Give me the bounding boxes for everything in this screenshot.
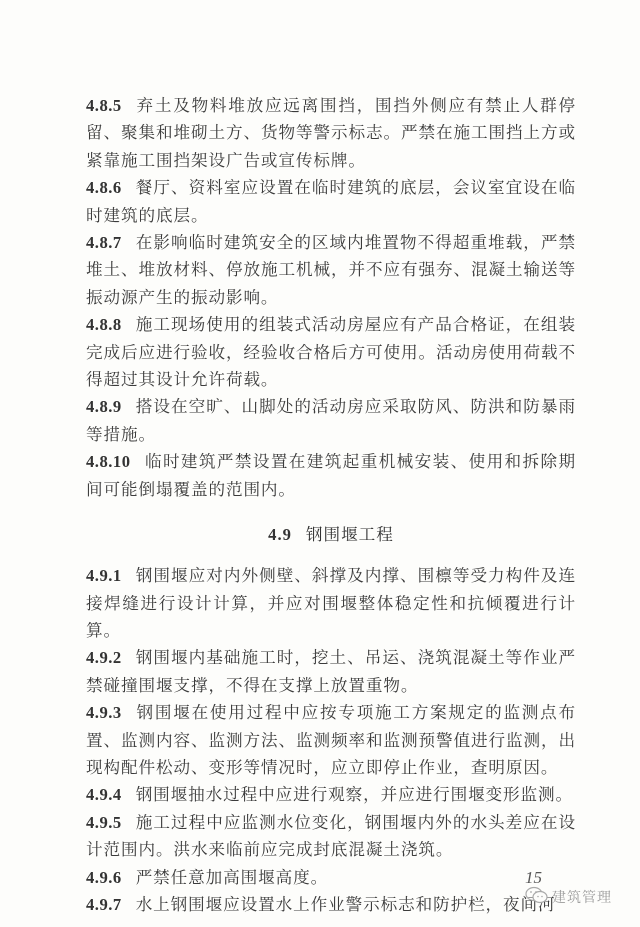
- clause-text: 钢围堰内基础施工时，挖土、吊运、浇筑混凝土等作业严禁碰撞围堰支撑，不得在支撑上放…: [86, 648, 576, 694]
- clause-number: 4.8.7: [86, 233, 122, 252]
- clause-text: 严禁任意加高围堰高度。: [136, 868, 328, 887]
- clause-number: 4.9.6: [86, 868, 122, 887]
- clause-4-9-2: 4.9.2钢围堰内基础施工时，挖土、吊运、浇筑混凝土等作业严禁碰撞围堰支撑，不得…: [86, 644, 576, 699]
- clause-4-8-9: 4.8.9搭设在空旷、山脚处的活动房应采取防风、防洪和防暴雨等措施。: [86, 393, 576, 448]
- clause-text: 钢围堰应对内外侧壁、斜撑及内撑、围檩等受力构件及连接焊缝进行设计计算，并应对围堰…: [86, 566, 576, 640]
- clause-text: 临时建筑严禁设置在建筑起重机械安装、使用和拆除期间可能倒塌覆盖的范围内。: [86, 452, 576, 498]
- clause-4-9-3: 4.9.3钢围堰在使用过程中应按专项施工方案规定的监测点布置、监测内容、监测方法…: [86, 699, 576, 781]
- clause-number: 4.8.9: [86, 397, 122, 416]
- clause-text: 钢围堰抽水过程中应进行观察，并应进行围堰变形监测。: [136, 785, 573, 804]
- clause-text: 施工现场使用的组装式活动房屋应有产品合格证，在组装完成后应进行验收，经验收合格后…: [86, 315, 576, 389]
- clause-text: 水上钢围堰应设置水上作业警示标志和防护栏，夜间河: [136, 895, 556, 914]
- clause-4-9-6: 4.9.6严禁任意加高围堰高度。: [86, 864, 576, 891]
- clause-4-9-7: 4.9.7水上钢围堰应设置水上作业警示标志和防护栏，夜间河: [86, 891, 576, 918]
- clause-number: 4.9.2: [86, 648, 122, 667]
- clause-number: 4.9.3: [86, 703, 122, 722]
- clause-4-9-1: 4.9.1钢围堰应对内外侧壁、斜撑及内撑、围檩等受力构件及连接焊缝进行设计计算，…: [86, 562, 576, 644]
- clause-4-8-7: 4.8.7在影响临时建筑安全的区域内堆置物不得超重堆载，严禁堆土、堆放材料、停放…: [86, 229, 576, 311]
- clause-number: 4.8.10: [86, 452, 130, 471]
- clause-text: 在影响临时建筑安全的区域内堆置物不得超重堆载，严禁堆土、堆放材料、停放施工机械，…: [86, 233, 576, 307]
- clause-number: 4.9.7: [86, 895, 122, 914]
- document-page: 4.8.5弃土及物料堆放应远离围挡，围挡外侧应有禁止人群停留、聚集和堆砌土方、货…: [86, 92, 576, 918]
- watermark-label: 建筑管理: [552, 887, 612, 907]
- clause-4-8-5: 4.8.5弃土及物料堆放应远离围挡，围挡外侧应有禁止人群停留、聚集和堆砌土方、货…: [86, 92, 576, 174]
- clause-4-8-6: 4.8.6餐厅、资料室应设置在临时建筑的底层，会议室宜设在临时建筑的底层。: [86, 174, 576, 229]
- section-title: 钢围堰工程: [306, 525, 394, 544]
- clause-text: 餐厅、资料室应设置在临时建筑的底层，会议室宜设在临时建筑的底层。: [86, 178, 576, 224]
- clause-number: 4.9.4: [86, 785, 122, 804]
- clause-number: 4.9.5: [86, 813, 122, 832]
- clause-4-8-8: 4.8.8施工现场使用的组装式活动房屋应有产品合格证，在组装完成后应进行验收，经…: [86, 311, 576, 393]
- wechat-icon: [525, 886, 552, 908]
- clause-text: 搭设在空旷、山脚处的活动房应采取防风、防洪和防暴雨等措施。: [86, 397, 576, 443]
- clause-text: 施工过程中应监测水位变化，钢围堰内外的水头差应在设计范围内。洪水来临前应完成封底…: [86, 813, 576, 859]
- clause-4-9-4: 4.9.4钢围堰抽水过程中应进行观察，并应进行围堰变形监测。: [86, 781, 576, 808]
- watermark: 建筑管理: [525, 886, 612, 908]
- clause-4-9-5: 4.9.5施工过程中应监测水位变化，钢围堰内外的水头差应在设计范围内。洪水来临前…: [86, 809, 576, 864]
- section-number: 4.9: [268, 525, 292, 544]
- clause-number: 4.8.6: [86, 178, 122, 197]
- clause-number: 4.8.5: [86, 96, 122, 115]
- clause-4-8-10: 4.8.10临时建筑严禁设置在建筑起重机械安装、使用和拆除期间可能倒塌覆盖的范围…: [86, 448, 576, 503]
- clause-number: 4.9.1: [86, 566, 122, 585]
- clause-text: 钢围堰在使用过程中应按专项施工方案规定的监测点布置、监测内容、监测方法、监测频率…: [86, 703, 576, 777]
- clause-number: 4.8.8: [86, 315, 122, 334]
- section-heading: 4.9钢围堰工程: [86, 521, 576, 548]
- page-number: 15: [525, 868, 542, 888]
- clause-text: 弃土及物料堆放应远离围挡，围挡外侧应有禁止人群停留、聚集和堆砌土方、货物等警示标…: [86, 96, 576, 170]
